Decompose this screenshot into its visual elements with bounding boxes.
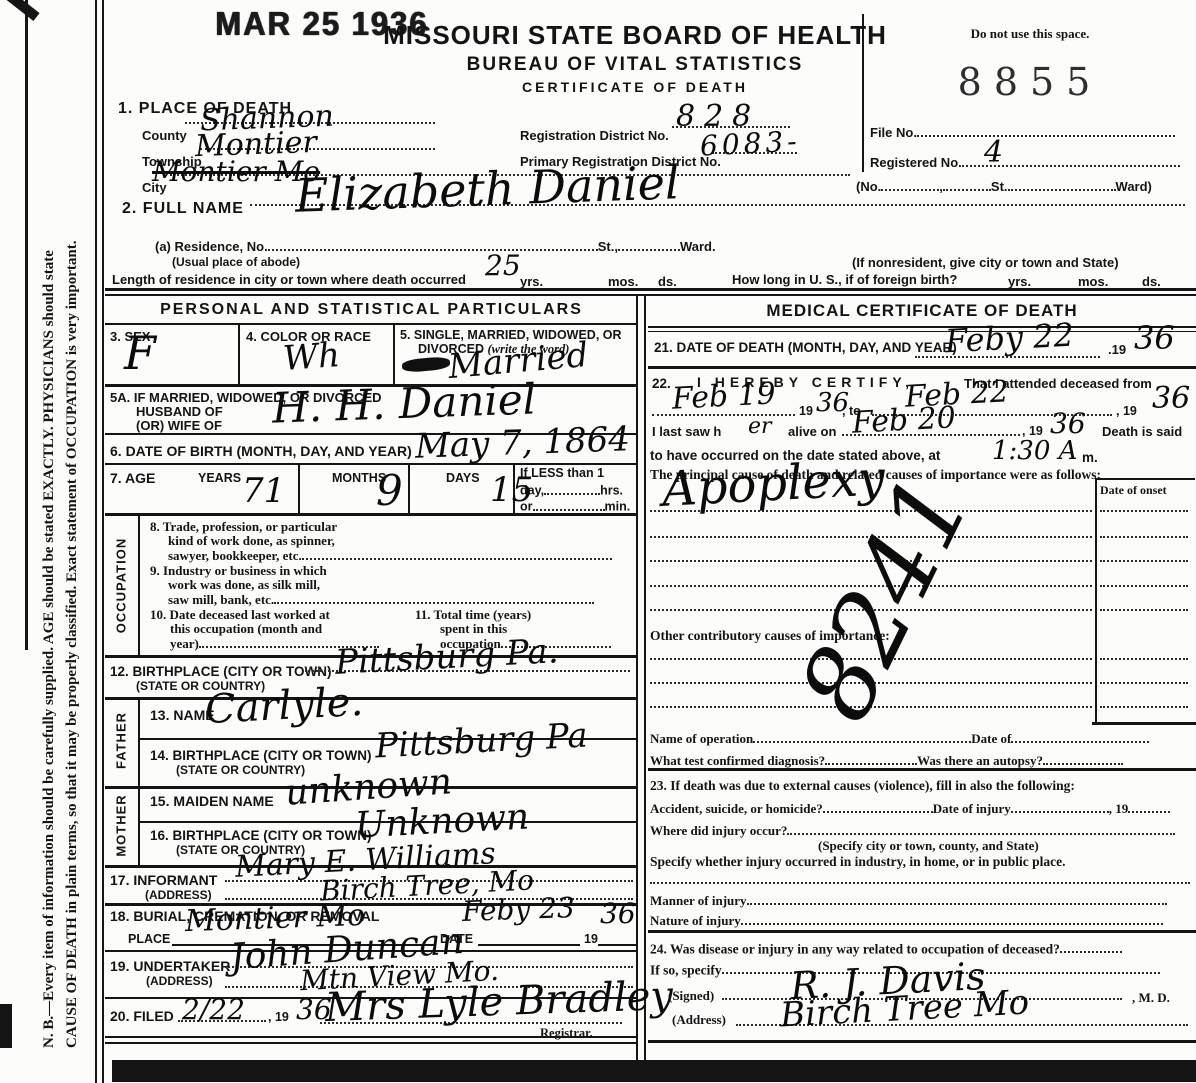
from-year-value: 36 <box>816 390 849 416</box>
item23-label: 23. If death was due to external causes … <box>650 778 1075 794</box>
dotted-line <box>1100 585 1188 587</box>
registrar-label: Registrar. <box>540 1026 593 1041</box>
dotted-line <box>1128 800 1170 813</box>
dotted-line <box>533 498 605 511</box>
personal-title: PERSONAL AND STATISTICAL PARTICULARS <box>105 301 638 319</box>
scratched-out-word <box>402 356 451 373</box>
dob-label: 6. DATE OF BIRTH (MONTH, DAY, AND YEAR) <box>110 443 412 459</box>
dotted-line <box>1100 560 1188 562</box>
onset-box-top <box>1095 478 1195 480</box>
dotted-line <box>943 178 991 191</box>
rule <box>105 1042 638 1044</box>
margin-note-line1: N. B.—Every item of information should b… <box>38 56 61 1048</box>
marital-label-1: 5. SINGLE, MARRIED, WIDOWED, OR <box>400 328 622 342</box>
to-year-value: 36 <box>1152 384 1190 414</box>
dotted-line <box>1011 730 1149 743</box>
undertaker-label: 19. UNDERTAKER <box>110 958 230 974</box>
scan-bottom-bar <box>112 1060 1196 1082</box>
undertaker-sublabel: (ADDRESS) <box>146 974 213 988</box>
mother-birthplace-value: Unknown <box>354 799 530 844</box>
alive-on-label: alive on <box>788 424 836 439</box>
informant-sublabel: (ADDRESS) <box>145 888 212 902</box>
ifless-min-row: ormin. <box>520 498 630 514</box>
manner-row: Manner of injury <box>650 892 1167 909</box>
onset-box-left <box>1095 478 1097 723</box>
medical-title: MEDICAL CERTIFICATE OF DEATH <box>648 301 1196 321</box>
onset-box-bottom <box>1092 722 1196 725</box>
date-of-death-year-value: 36 <box>1134 322 1175 354</box>
dotted-line <box>650 882 1190 884</box>
length-of-residence-label: Length of residence in city or town wher… <box>112 272 466 287</box>
residence-row: (a) Residence, No.St.,Ward. <box>155 238 716 254</box>
dotted-line <box>618 238 680 251</box>
filed-date-value: 2/22 <box>182 996 245 1024</box>
cell-divider <box>138 786 140 865</box>
item24-row: 24. Was disease or injury in any way rel… <box>650 940 1122 957</box>
operation-label: Name of operation <box>650 731 753 746</box>
dotted-line <box>747 892 1167 905</box>
rule <box>648 1040 1196 1043</box>
date-of-death-year-prefix: .19 <box>1108 342 1126 357</box>
dotted-line <box>1011 800 1109 813</box>
burial-year-value: 36 <box>600 900 636 928</box>
header-title: MISSOURI STATE BOARD OF HEALTH <box>365 20 905 51</box>
cell-divider <box>408 463 410 513</box>
nature-label: Nature of injury <box>650 913 741 928</box>
column-divider <box>644 294 646 1062</box>
dotted-line <box>1060 940 1122 953</box>
margin-rule-2 <box>102 0 104 1083</box>
from-year-prefix: 19 <box>799 404 813 418</box>
margin-rule-1 <box>95 0 97 1083</box>
header-subtitle: BUREAU OF VITAL STATISTICS <box>365 54 905 76</box>
husband-value: H. H. Daniel <box>271 378 536 429</box>
death-is-said-label: Death is said <box>1102 424 1182 439</box>
rule <box>648 331 1196 332</box>
last-saw-label: I last saw h <box>652 424 721 439</box>
date-of-death-label: 21. DATE OF DEATH (MONTH, DAY, AND YEAR) <box>654 340 957 355</box>
registered-no-row: Registered No. <box>870 154 1180 170</box>
rule <box>105 1036 638 1038</box>
years-value: 71 <box>242 474 285 508</box>
ward-label: Ward) <box>1116 179 1152 194</box>
item10-label: year) <box>170 636 199 651</box>
birthplace-value: Pittsburg Pa. <box>334 634 559 680</box>
scan-edge-line <box>25 0 28 650</box>
item8-label: sawyer, bookkeeper, etc. <box>168 548 302 563</box>
dotted-line <box>823 800 933 813</box>
accident-label: Accident, suicide, or homicide? <box>650 801 823 816</box>
how-long-label: How long in U. S., if of foreign birth? <box>732 272 957 287</box>
dotted-line <box>544 482 600 495</box>
where-injury-row: Where did injury occur? <box>650 822 1175 839</box>
filed-label: 20. FILED <box>110 1008 174 1024</box>
race-value: Wh <box>282 338 341 376</box>
mother-name-label: 15. MAIDEN NAME <box>150 793 274 809</box>
cell-divider <box>393 324 395 384</box>
father-side-label: FATHER <box>114 696 129 786</box>
dotted-line <box>302 547 612 560</box>
form-header: MISSOURI STATE BOARD OF HEALTH BUREAU OF… <box>365 20 905 95</box>
scan-corner-mark <box>0 0 40 21</box>
ifless-day-row: day,hrs. <box>520 482 623 498</box>
dotted-line <box>1100 609 1188 611</box>
residence-ward: Ward. <box>680 239 716 254</box>
rule <box>105 697 638 700</box>
full-name-value: Elizabeth Daniel <box>294 159 680 218</box>
file-no-label: File No. <box>870 125 917 140</box>
months-value: 9 <box>376 470 403 512</box>
item22-number: 22. <box>652 376 671 391</box>
dotted-line <box>787 822 1175 835</box>
mos-label: mos. <box>608 274 638 289</box>
manner-label: Manner of injury <box>650 893 747 908</box>
dotted-line <box>274 591 594 604</box>
rule <box>105 288 1196 291</box>
mother-birthplace-label: 16. BIRTHPLACE (CITY OR TOWN) <box>150 828 372 843</box>
residence-label: (a) Residence, No. <box>155 239 268 254</box>
sex-value: F <box>124 330 156 376</box>
cell-divider <box>238 324 240 384</box>
address-label: (Address) <box>672 1012 726 1028</box>
date-of-death-value: Feby 22 <box>944 319 1074 358</box>
item24-label: 24. Was disease or injury in any way rel… <box>650 941 1060 956</box>
husband-label-2: HUSBAND OF <box>136 404 223 419</box>
cell-divider <box>298 463 300 513</box>
informant-label: 17. INFORMANT <box>110 872 217 888</box>
st-label: St. <box>991 179 1008 194</box>
county-label: County <box>142 128 187 143</box>
dotted-line <box>1043 752 1123 765</box>
filebox-divider <box>862 14 864 172</box>
what-test-label: What test confirmed diagnosis? <box>650 753 825 768</box>
certificate-number: 8855 <box>870 60 1190 104</box>
signed-label: (Signed) <box>668 988 714 1004</box>
husband-label-3: (OR) WIFE OF <box>136 418 222 433</box>
city-no-row: (No.,St.Ward) <box>856 178 1152 194</box>
min-label: min. <box>605 500 631 514</box>
where-injury-label: Where did injury occur? <box>650 823 787 838</box>
scan-edge-blob <box>0 1004 12 1048</box>
injury-year-prefix: , 19 <box>1109 801 1129 816</box>
primary-district-value: 6083- <box>699 127 801 160</box>
days-label: DAYS <box>446 471 480 485</box>
operation-row: Name of operationDate of <box>650 730 1149 747</box>
item9-line3: saw mill, bank, etc. <box>168 591 594 608</box>
what-test-row: What test confirmed diagnosis?Was there … <box>650 752 1123 769</box>
cell-divider <box>138 513 140 655</box>
age-label: 7. AGE <box>110 470 155 486</box>
mos-label2: mos. <box>1078 274 1108 289</box>
burial-place-label: PLACE <box>128 932 170 946</box>
rule <box>648 768 1196 771</box>
fill-line <box>478 944 580 946</box>
rule <box>105 513 638 516</box>
residence-st: St., <box>598 239 618 254</box>
date-of-label: Date of <box>971 731 1011 746</box>
days-value: 15 <box>490 473 533 507</box>
dotted-line <box>1100 706 1188 708</box>
mother-side-label: MOTHER <box>114 781 129 871</box>
cell-divider <box>138 697 140 786</box>
abode-note: (Usual place of abode) <box>172 255 300 269</box>
file-no-row: File No. <box>870 124 1175 140</box>
accident-row: Accident, suicide, or homicide?Date of i… <box>650 800 1170 817</box>
rule <box>105 294 1196 296</box>
date-of-onset-label: Date of onset <box>1100 483 1167 498</box>
dotted-line <box>1100 536 1188 538</box>
dotted-line <box>917 124 1175 137</box>
specify-whether-label: Specify whether injury occurred in indus… <box>650 854 1066 870</box>
years-label: YEARS <box>198 471 241 485</box>
column-divider <box>636 294 638 1062</box>
father-name-value: Carlyle. <box>204 682 364 730</box>
attended-from-value: Feb 19 <box>671 379 776 414</box>
md-label: , M. D. <box>1132 990 1170 1006</box>
dotted-line <box>753 730 971 743</box>
dotted-line <box>881 178 939 191</box>
yrs-label2: yrs. <box>1008 274 1031 289</box>
dotted-line <box>1100 510 1188 512</box>
margin-note-line2: CAUSE OF DEATH in plain terms, so that i… <box>61 56 84 1048</box>
rule <box>648 326 1196 328</box>
item8-line3: sawyer, bookkeeper, etc. <box>168 547 612 564</box>
lastsaw-year-value: 36 <box>1050 410 1086 438</box>
dotted-line <box>268 238 598 251</box>
margin-note: N. B.—Every item of information should b… <box>38 56 85 1048</box>
registered-no-value: 4 <box>984 138 1003 168</box>
autopsy-label: Was there an autopsy? <box>917 753 1043 768</box>
hrs-label: hrs. <box>600 484 623 498</box>
registrar-signature: Mrs Lyle Bradley <box>324 976 673 1028</box>
filed-year-prefix: , 19 <box>268 1010 289 1024</box>
nonresident-note: (If nonresident, give city or town and S… <box>852 255 1119 270</box>
item9-label: saw mill, bank, etc. <box>168 592 274 607</box>
rule <box>648 930 1196 933</box>
burial-date-value: Feby 23 <box>462 894 576 926</box>
occupation-side-label: OCCUPATION <box>114 531 129 641</box>
rule <box>105 463 638 465</box>
dotted-line <box>1008 178 1116 191</box>
date-of-injury-label: Date of injury <box>933 801 1011 816</box>
ds-label: ds. <box>658 274 677 289</box>
dotted-line <box>825 752 917 765</box>
time-m-label: m. <box>1082 450 1098 465</box>
do-not-use-note: Do not use this space. <box>870 26 1190 42</box>
last-saw-value: Feb 20 <box>851 403 956 438</box>
registered-no-label: Registered No. <box>870 155 962 170</box>
yrs-label: yrs. <box>520 274 543 289</box>
to-year-prefix: , 19 <box>1116 404 1137 418</box>
length-of-residence-value: 25 <box>485 252 521 280</box>
rule <box>648 366 1196 369</box>
cause-of-death-value: Apoplexy <box>661 454 886 514</box>
nature-row: Nature of injury <box>650 912 1163 929</box>
full-name-label: 2. FULL NAME <box>122 200 244 218</box>
header-subtitle2: CERTIFICATE OF DEATH <box>365 79 905 95</box>
father-birthplace-value: Pittsburg Pa <box>374 718 588 763</box>
rule <box>105 323 638 325</box>
dotted-line <box>741 912 1163 925</box>
no-label: (No. <box>856 179 881 194</box>
ds-label2: ds. <box>1142 274 1161 289</box>
last-saw-her: er <box>748 416 772 438</box>
dotted-line <box>1100 682 1188 684</box>
registration-district-label: Registration District No. <box>520 128 669 143</box>
birthplace-label: 12. BIRTHPLACE (CITY OR TOWN) <box>110 664 332 679</box>
burial-year-prefix: 19 <box>584 932 598 946</box>
time-of-death-value: 1:30 A <box>992 438 1077 464</box>
fill-line <box>598 944 636 946</box>
father-birthplace-label: 14. BIRTHPLACE (CITY OR TOWN) <box>150 748 372 763</box>
specify-city-note: (Specify city or town, county, and State… <box>818 838 1039 854</box>
dotted-line <box>1100 658 1188 660</box>
dob-value: May 7, 1864 <box>414 422 630 463</box>
